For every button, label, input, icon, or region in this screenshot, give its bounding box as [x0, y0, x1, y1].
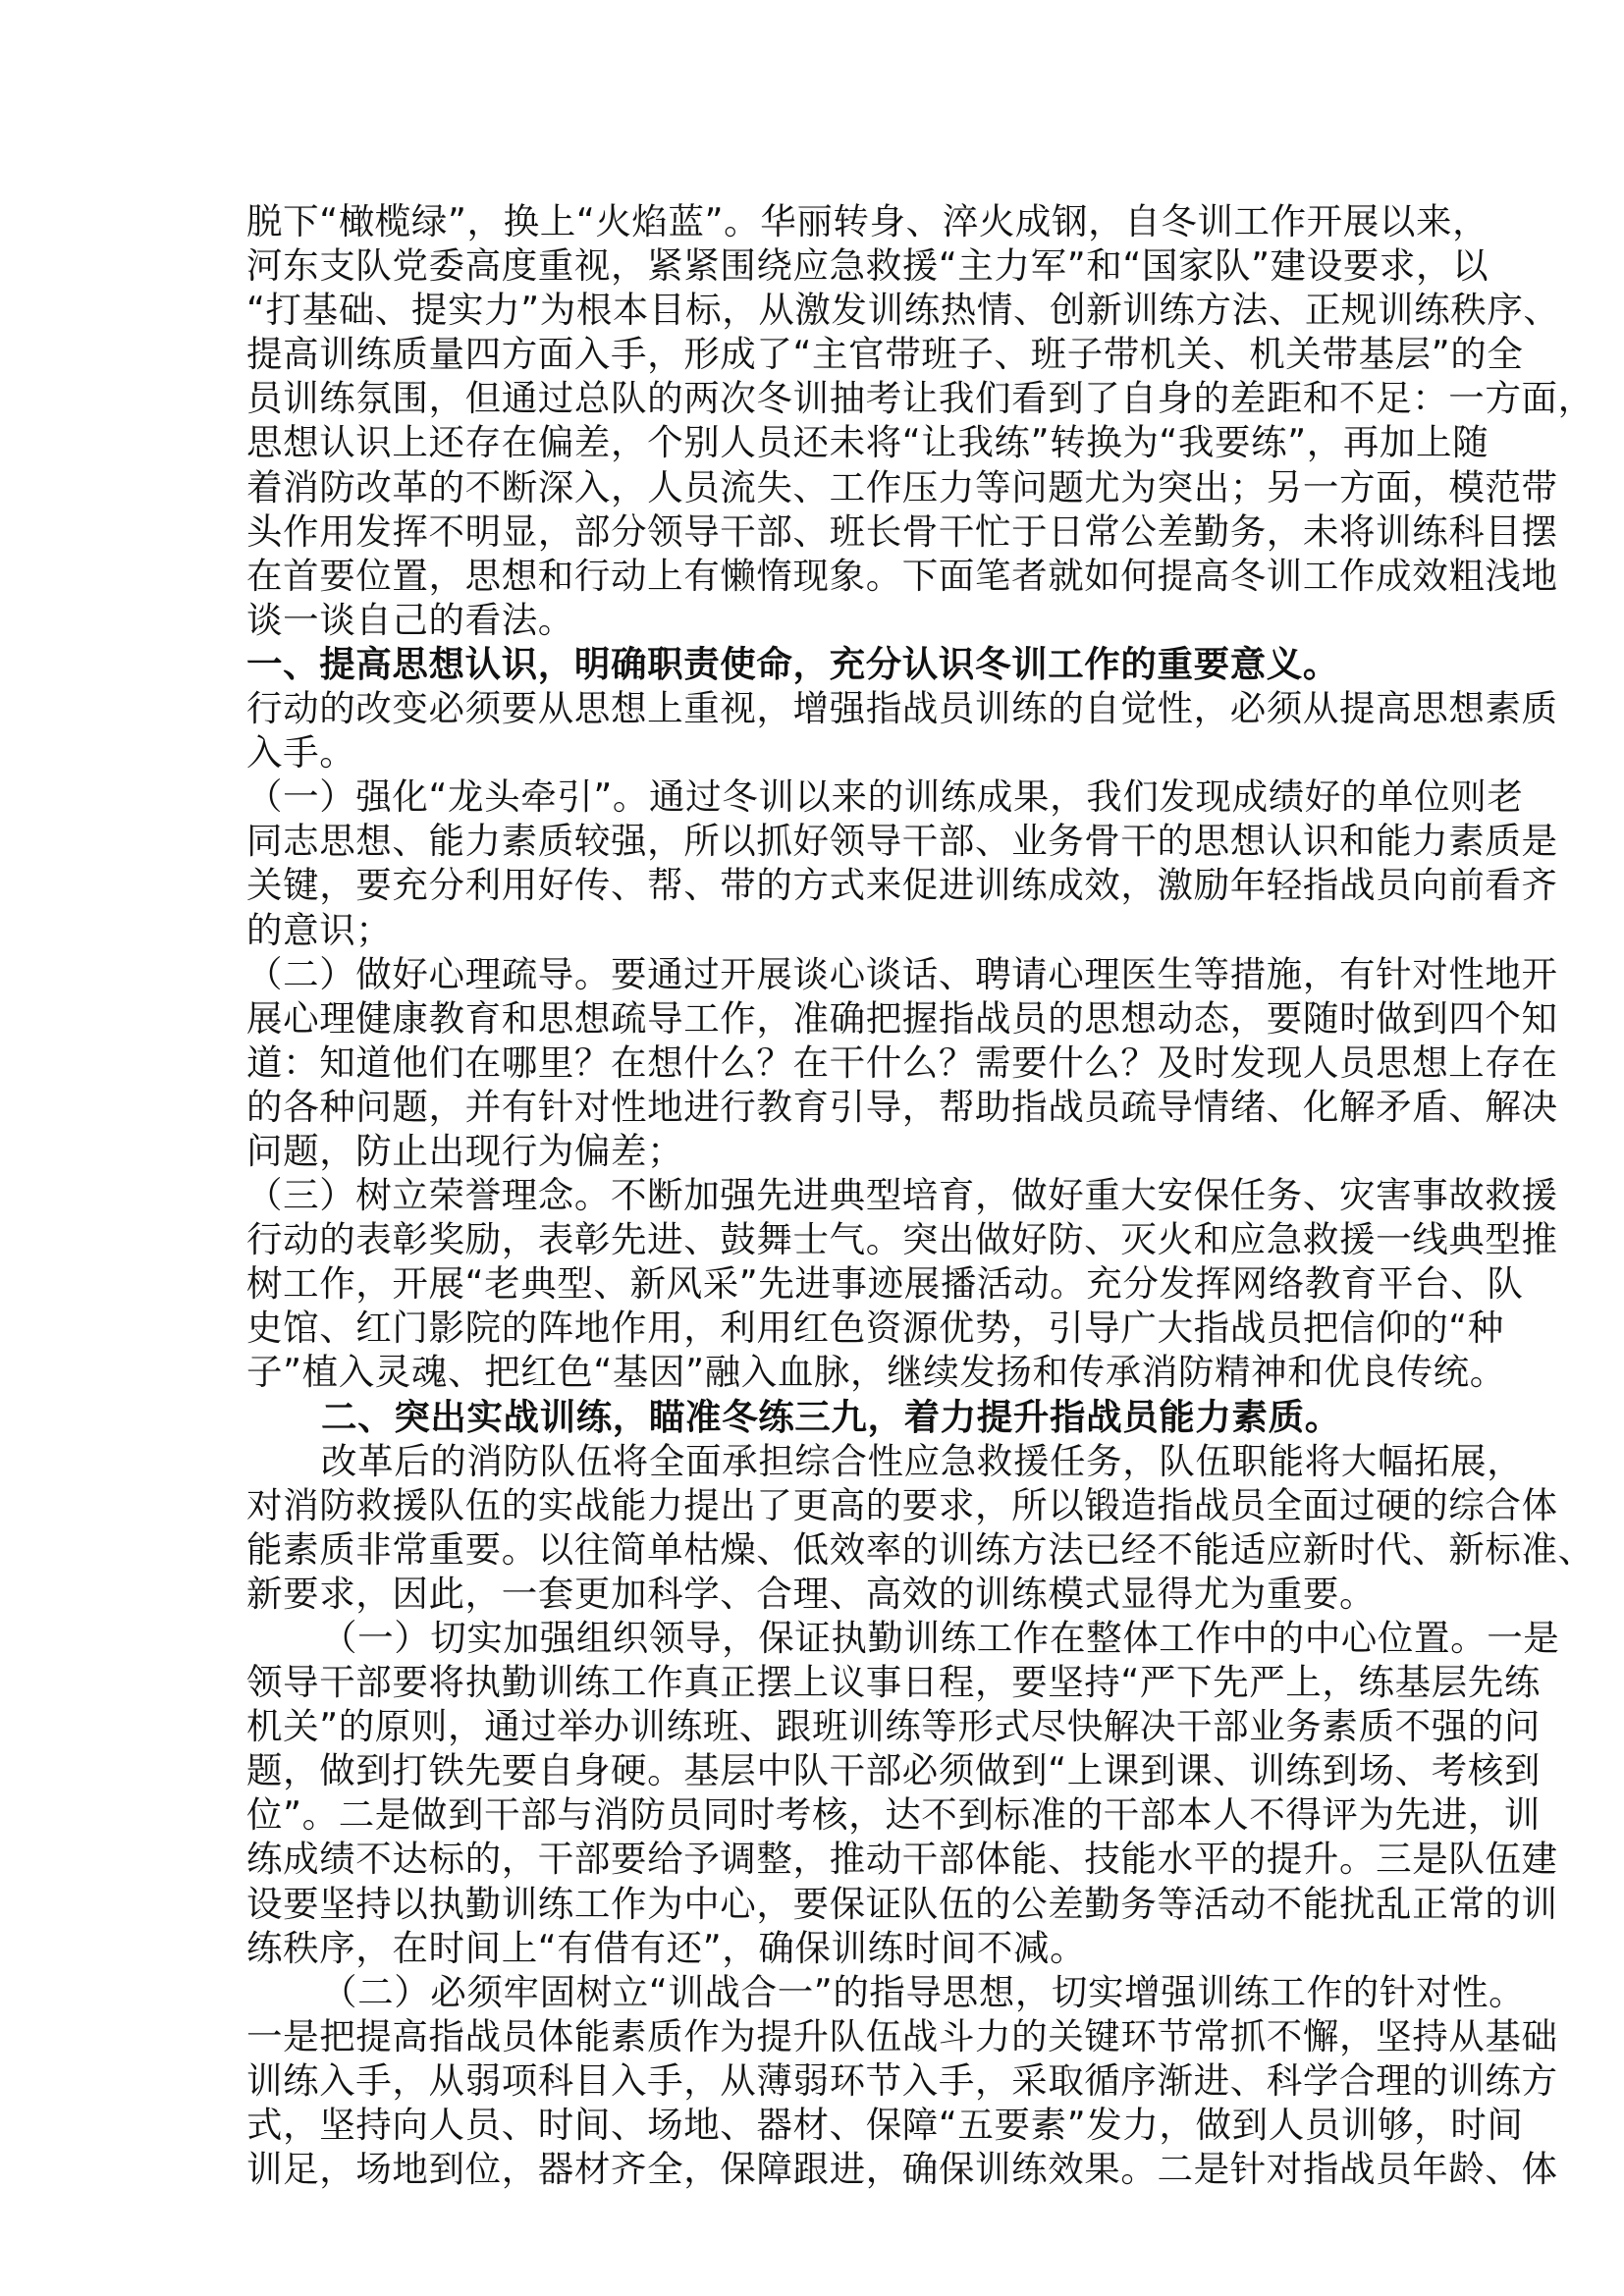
- paragraph-line: 展心理健康教育和思想疏导工作，准确把握指战员的思想动态，要随时做到四个知: [246, 996, 1395, 1041]
- paragraph-line: 问题，防止出现行为偏差；: [246, 1129, 1395, 1173]
- paragraph-line: 题，做到打铁先要自身硬。基层中队干部必须做到“上课到课、训练到场、考核到: [246, 1748, 1395, 1792]
- section-heading: 二、突出实战训练，瞄准冬练三九，着力提升指战员能力素质。: [246, 1395, 1395, 1439]
- paragraph-line: （二）必须牢固树立“训战合一”的指导思想，切实增强训练工作的针对性。: [246, 1970, 1395, 2014]
- paragraph-line: 关键，要充分利用好传、帮、带的方式来促进训练成效，激励年轻指战员向前看齐: [246, 863, 1395, 907]
- paragraph-line: 位”。二是做到干部与消防员同时考核，达不到标准的干部本人不得评为先进，训: [246, 1792, 1395, 1837]
- paragraph-line: 史馆、红门影院的阵地作用，利用红色资源优势，引导广大指战员把信仰的“种: [246, 1306, 1395, 1350]
- paragraph-line: “打基础、提实力”为根本目标，从激发训练热情、创新训练方法、正规训练秩序、: [246, 288, 1395, 332]
- paragraph-line: 头作用发挥不明显，部分领导干部、班长骨干忙于日常公差勤务，未将训练科目摆: [246, 509, 1395, 554]
- paragraph-line: 员训练氛围，但通过总队的两次冬训抽考让我们看到了自身的差距和不足：一方面，: [246, 376, 1395, 420]
- paragraph-line: 行动的表彰奖励，表彰先进、鼓舞士气。突出做好防、灭火和应急救援一线典型推: [246, 1217, 1395, 1261]
- paragraph-line: 行动的改变必须要从思想上重视，增强指战员训练的自觉性，必须从提高思想素质: [246, 686, 1395, 730]
- paragraph-line: 训足，场地到位，器材齐全，保障跟进，确保训练效果。二是针对指战员年龄、体: [246, 2147, 1395, 2191]
- section-heading: 一、提高思想认识，明确职责使命，充分认识冬训工作的重要意义。: [246, 642, 1395, 686]
- paragraph-line: 设要坚持以执勤训练工作为中心，要保证队伍的公差勤务等活动不能扰乱正常的训: [246, 1882, 1395, 1926]
- paragraph-line: 的各种问题，并有针对性地进行教育引导，帮助指战员疏导情绪、化解矛盾、解决: [246, 1085, 1395, 1129]
- paragraph-line: 提高训练质量四方面入手，形成了“主官带班子、班子带机关、机关带基层”的全: [246, 332, 1395, 376]
- paragraph-line: （三）树立荣誉理念。不断加强先进典型培育，做好重大安保任务、灾害事故救援: [246, 1173, 1395, 1217]
- paragraph-line: 领导干部要将执勤训练工作真正摆上议事日程，要坚持“严下先严上，练基层先练: [246, 1660, 1395, 1704]
- paragraph-line: 树工作，开展“老典型、新风采”先进事迹展播活动。充分发挥网络教育平台、队: [246, 1261, 1395, 1306]
- paragraph-line: 思想认识上还存在偏差，个别人员还未将“让我练”转换为“我要练”，再加上随: [246, 420, 1395, 464]
- paragraph-line: 一是把提高指战员体能素质作为提升队伍战斗力的关键环节常抓不懈，坚持从基础: [246, 2014, 1395, 2058]
- paragraph-line: （二）做好心理疏导。要通过开展谈心谈话、聘请心理医生等措施，有针对性地开: [246, 952, 1395, 996]
- paragraph-line: 练成绩不达标的，干部要给予调整，推动干部体能、技能水平的提升。三是队伍建: [246, 1837, 1395, 1881]
- paragraph-line: 机关”的原则，通过举办训练班、跟班训练等形式尽快解决干部业务素质不强的问: [246, 1704, 1395, 1748]
- paragraph-line: 能素质非常重要。以往简单枯燥、低效率的训练方法已经不能适应新时代、新标准、: [246, 1527, 1395, 1572]
- paragraph-line: 改革后的消防队伍将全面承担综合性应急救援任务，队伍职能将大幅拓展，: [246, 1439, 1395, 1483]
- paragraph-line: （一）切实加强组织领导，保证执勤训练工作在整体工作中的中心位置。一是: [246, 1616, 1395, 1660]
- paragraph-line: （一）强化“龙头牵引”。通过冬训以来的训练成果，我们发现成绩好的单位则老: [246, 774, 1395, 819]
- paragraph-line: 新要求，因此，一套更加科学、合理、高效的训练模式显得尤为重要。: [246, 1572, 1395, 1616]
- paragraph-line: 对消防救援队伍的实战能力提出了更高的要求，所以锻造指战员全面过硬的综合体: [246, 1483, 1395, 1527]
- paragraph-line: 式，坚持向人员、时间、场地、器材、保障“五要素”发力，做到人员训够，时间: [246, 2103, 1395, 2147]
- paragraph-line: 脱下“橄榄绿”，换上“火焰蓝”。华丽转身、淬火成钢，自冬训工作开展以来，: [246, 199, 1395, 243]
- paragraph-line: 入手。: [246, 730, 1395, 774]
- paragraph-line: 训练入手，从弱项科目入手，从薄弱环节入手，采取循序渐进、科学合理的训练方: [246, 2058, 1395, 2103]
- paragraph-line: 着消防改革的不断深入，人员流失、工作压力等问题尤为突出；另一方面，模范带: [246, 465, 1395, 509]
- paragraph-line: 子”植入灵魂、把红色“基因”融入血脉，继续发扬和传承消防精神和优良传统。: [246, 1350, 1395, 1394]
- paragraph-line: 道：知道他们在哪里？在想什么？在干什么？需要什么？及时发现人员思想上存在: [246, 1041, 1395, 1085]
- paragraph-line: 同志思想、能力素质较强，所以抓好领导干部、业务骨干的思想认识和能力素质是: [246, 819, 1395, 863]
- paragraph-line: 的意识；: [246, 908, 1395, 952]
- paragraph-line: 谈一谈自己的看法。: [246, 598, 1395, 642]
- paragraph-line: 在首要位置，思想和行动上有懒惰现象。下面笔者就如何提高冬训工作成效粗浅地: [246, 554, 1395, 598]
- paragraph-line: 河东支队党委高度重视，紧紧围绕应急救援“主力军”和“国家队”建设要求，以: [246, 243, 1395, 288]
- paragraph-line: 练秩序，在时间上“有借有还”，确保训练时间不减。: [246, 1926, 1395, 1970]
- document-page: 脱下“橄榄绿”，换上“火焰蓝”。华丽转身、淬火成钢，自冬训工作开展以来，河东支队…: [246, 199, 1395, 2191]
